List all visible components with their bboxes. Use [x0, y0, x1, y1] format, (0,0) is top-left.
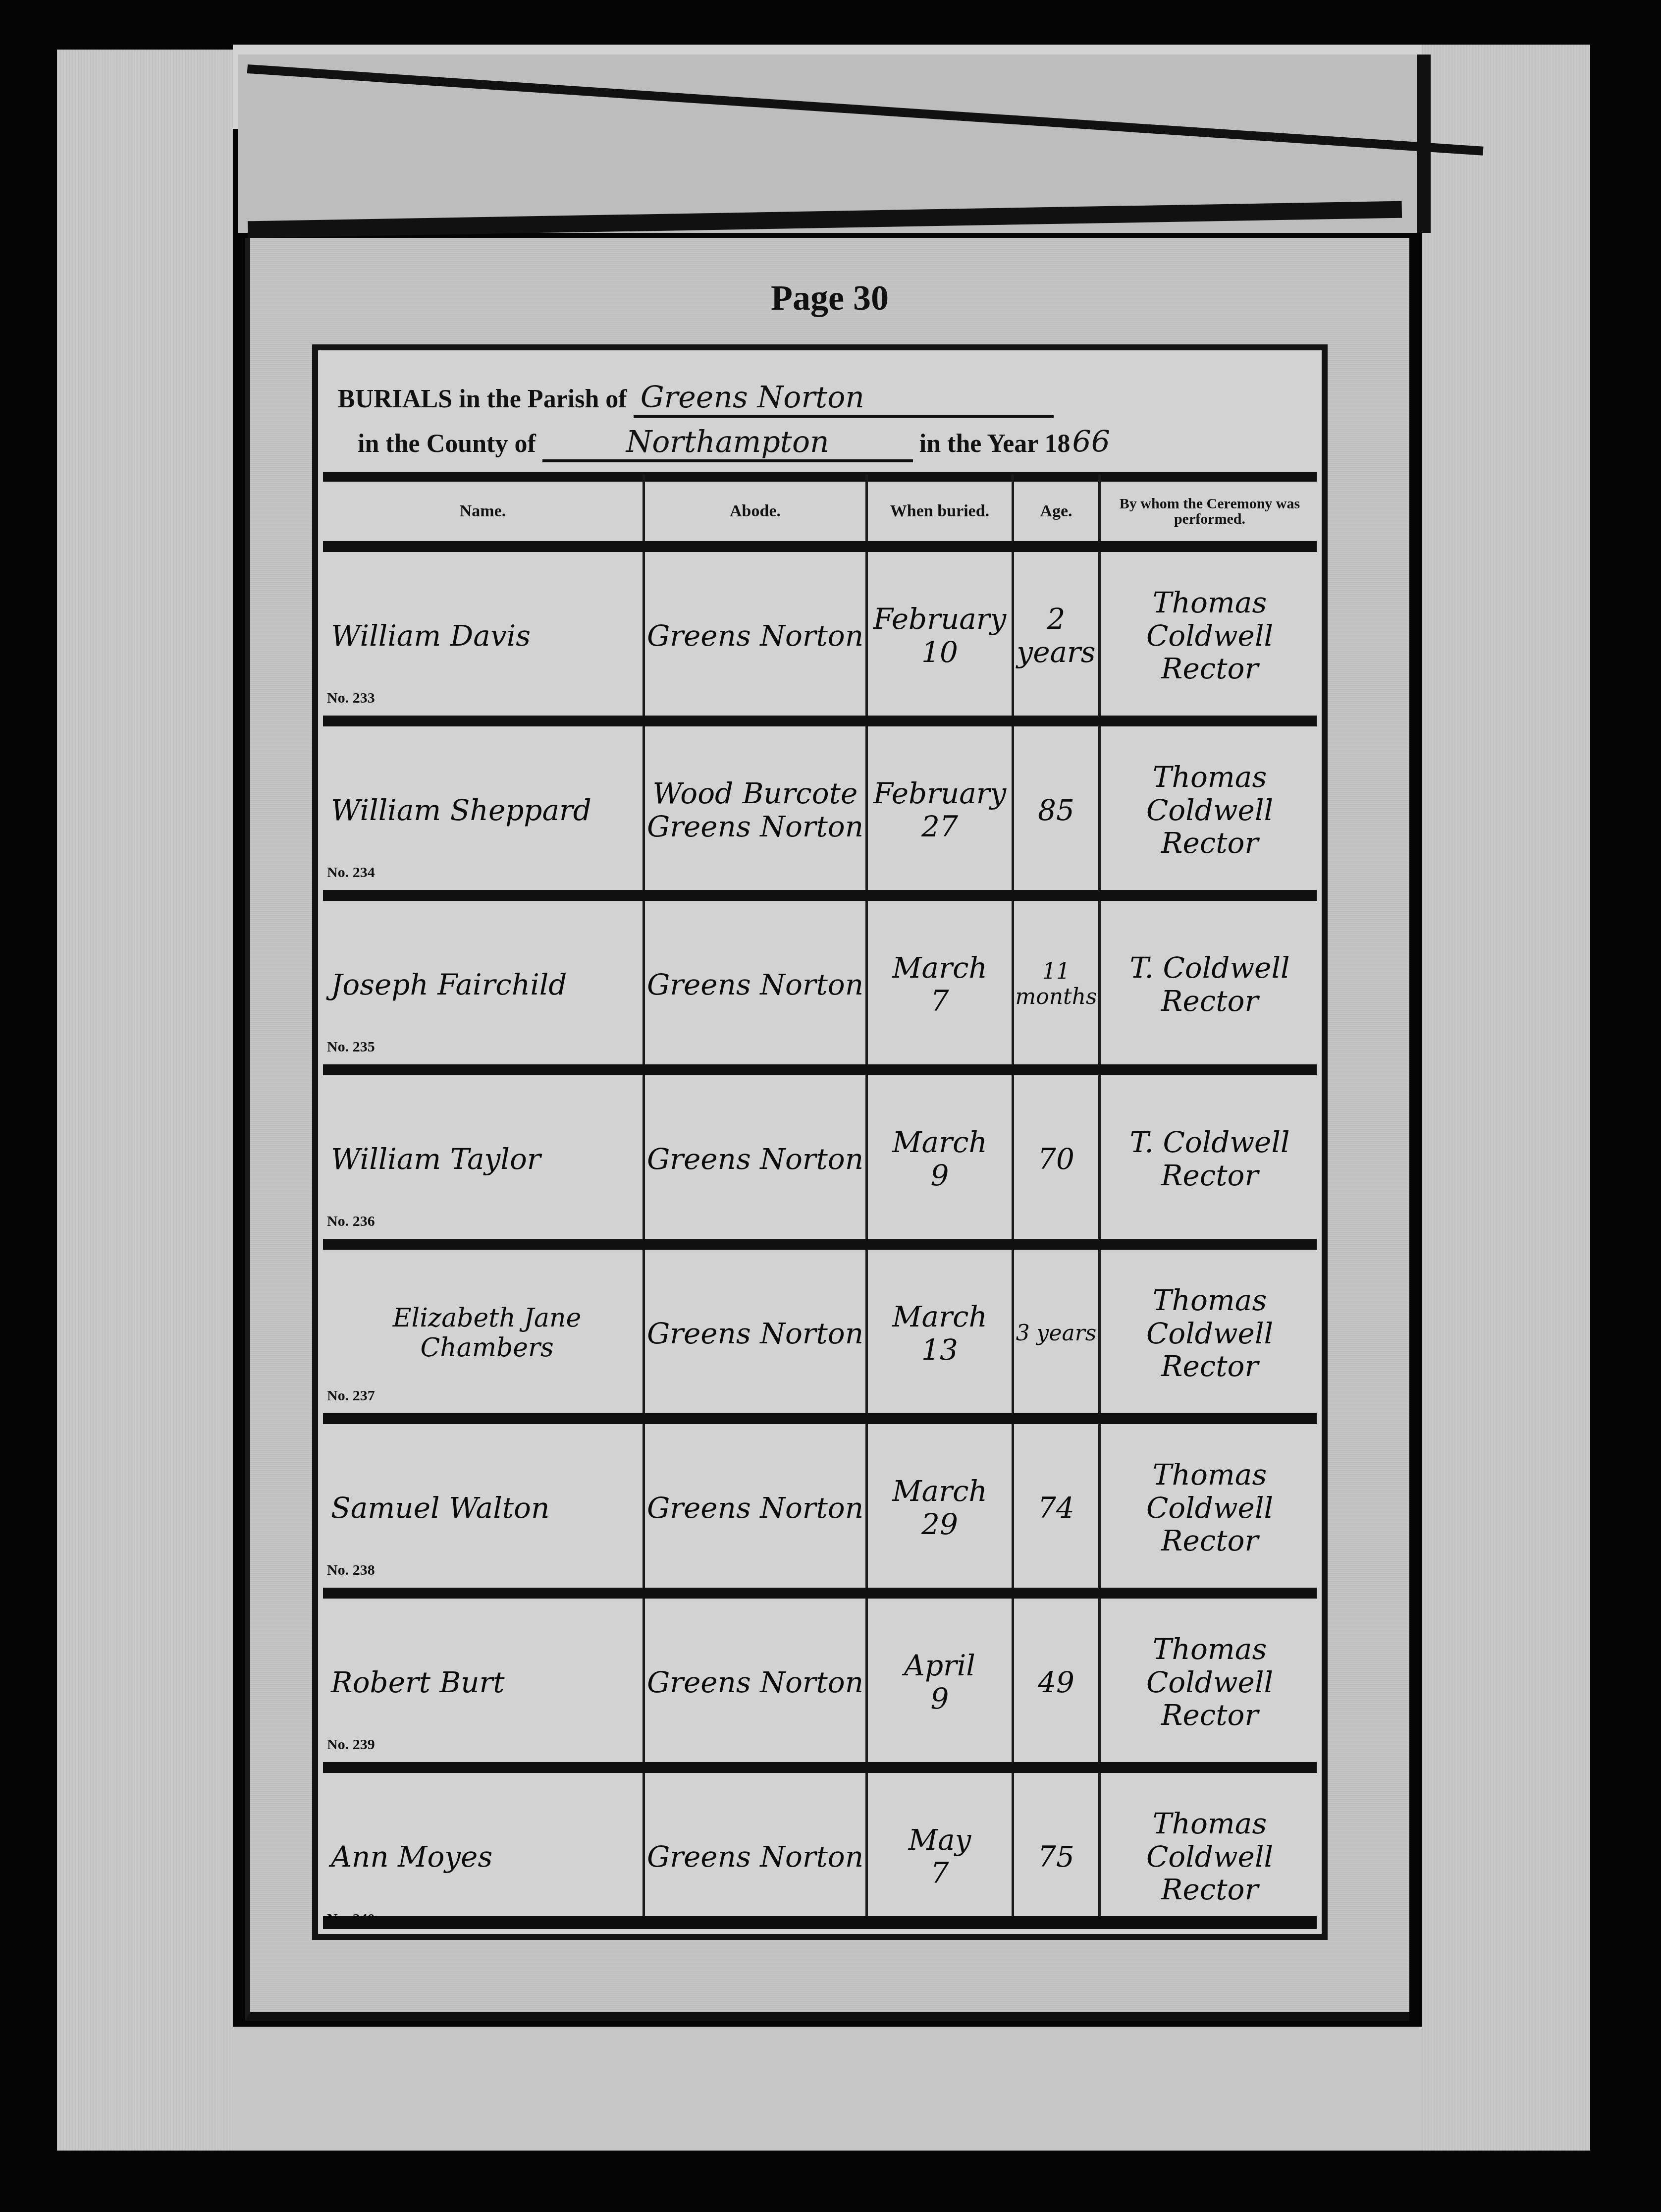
officiant-name: Thomas Coldwell	[1101, 1633, 1319, 1699]
burial-month: May	[909, 1824, 971, 1857]
officiant-cell: Thomas ColdwellRector	[1101, 1607, 1319, 1757]
table-row: William Sheppard Wood BurcoteGreens Nort…	[323, 716, 1317, 890]
table-row: Robert Burt Greens Norton April9 49 Thom…	[323, 1588, 1317, 1762]
column-header-officiant: By whom the Ceremony was performed.	[1101, 484, 1319, 539]
abode-line-1: Wood Burcote	[653, 777, 858, 810]
burial-day: 10	[921, 636, 958, 669]
entry-number: No. 237	[327, 1387, 375, 1404]
shadow-bar	[248, 201, 1402, 238]
name-cell: Robert Burt	[323, 1607, 643, 1757]
when-buried-cell: March9	[868, 1084, 1012, 1234]
officiant-cell: Thomas ColdwellRector	[1101, 1782, 1319, 1932]
age-cell: 70	[1014, 1084, 1098, 1234]
when-buried-cell: April9	[868, 1607, 1012, 1757]
name-cell: William Taylor	[323, 1084, 643, 1234]
right-margin-strip	[1422, 45, 1590, 2151]
name-cell: Ann Moyes	[323, 1782, 643, 1932]
county-value: Northampton	[542, 425, 913, 462]
column-header-when-buried: When buried.	[868, 484, 1012, 539]
officiant-title: Rector	[1161, 827, 1258, 860]
row-rule	[323, 1413, 1317, 1424]
shadow-line	[247, 64, 1484, 156]
bottom-margin-strip	[233, 2027, 1422, 2151]
table-row: Joseph Fairchild Greens Norton March7 11…	[323, 890, 1317, 1064]
county-line: in the County of Northampton in the Year…	[358, 425, 1307, 462]
officiant-name: Thomas Coldwell	[1101, 1284, 1319, 1350]
table-row: Ann Moyes Greens Norton May7 75 Thomas C…	[323, 1762, 1317, 1936]
burial-day: 27	[921, 810, 958, 843]
abode-cell: Greens Norton	[645, 910, 865, 1059]
county-prefix: in the County of	[358, 430, 536, 458]
officiant-title: Rector	[1161, 1159, 1258, 1192]
parish-line: BURIALS in the Parish of Greens Norton	[338, 380, 1307, 418]
officiant-cell: Thomas ColdwellRector	[1101, 735, 1319, 885]
row-rule	[323, 1064, 1317, 1075]
burial-month: March	[892, 1475, 987, 1508]
page-number: Page 30	[250, 277, 1409, 319]
burial-month: March	[892, 1300, 987, 1333]
when-buried-cell: March29	[868, 1433, 1012, 1583]
burial-month: February	[873, 777, 1007, 810]
entry-number: No. 239	[327, 1736, 375, 1753]
officiant-title: Rector	[1161, 1699, 1258, 1732]
when-buried-cell: March7	[868, 910, 1012, 1059]
burial-table: Name. Abode. When buried. Age. By whom t…	[323, 474, 1317, 1929]
age-cell: 49	[1014, 1607, 1098, 1757]
officiant-name: T. Coldwell	[1129, 951, 1289, 985]
abode-cell: Greens Norton	[645, 1782, 865, 1932]
age-cell: 75	[1014, 1782, 1098, 1932]
abode-cell: Greens Norton	[645, 1084, 865, 1234]
when-buried-cell: March13	[868, 1259, 1012, 1408]
abode-cell: Wood BurcoteGreens Norton	[645, 735, 865, 885]
officiant-cell: T. ColdwellRector	[1101, 910, 1319, 1059]
year-value: 66	[1070, 425, 1112, 459]
row-rule	[323, 1762, 1317, 1773]
burial-month: February	[873, 603, 1007, 636]
burial-month: April	[904, 1649, 975, 1682]
age-cell: 74	[1014, 1433, 1098, 1583]
burial-register-form: BURIALS in the Parish of Greens Norton i…	[312, 344, 1328, 1940]
name-cell: Elizabeth Jane Chambers	[323, 1259, 643, 1408]
officiant-cell: Thomas ColdwellRector	[1101, 1259, 1319, 1408]
burial-day: 7	[931, 985, 949, 1018]
entry-number: No. 236	[327, 1213, 375, 1230]
name-cell: William Sheppard	[323, 735, 643, 885]
officiant-title: Rector	[1161, 1524, 1258, 1557]
when-buried-cell: February10	[868, 561, 1012, 711]
officiant-title: Rector	[1161, 652, 1258, 685]
column-header-age: Age.	[1014, 484, 1098, 539]
officiant-name: Thomas Coldwell	[1101, 1458, 1319, 1524]
entry-number: No. 234	[327, 864, 375, 881]
entry-number: No. 233	[327, 690, 375, 707]
entry-number: No. 238	[327, 1562, 375, 1579]
when-buried-cell: May7	[868, 1782, 1012, 1932]
burial-day: 29	[921, 1508, 958, 1541]
name-cell: Samuel Walton	[323, 1433, 643, 1583]
officiant-cell: Thomas ColdwellRector	[1101, 1433, 1319, 1583]
abode-cell: Greens Norton	[645, 1607, 865, 1757]
officiant-name: T. Coldwell	[1129, 1126, 1289, 1159]
burial-month: March	[892, 1126, 987, 1159]
column-header-name: Name.	[323, 484, 643, 539]
book-edge	[238, 55, 1431, 233]
when-buried-cell: February27	[868, 735, 1012, 885]
name-cell: William Davis	[323, 561, 643, 711]
table-row: Samuel Walton Greens Norton March29 74 T…	[323, 1413, 1317, 1588]
burial-day: 7	[931, 1857, 949, 1890]
name-cell: Joseph Fairchild	[323, 910, 643, 1059]
table-row: William Taylor Greens Norton March9 70 T…	[323, 1064, 1317, 1239]
officiant-name: Thomas Coldwell	[1101, 761, 1319, 827]
officiant-title: Rector	[1161, 1350, 1258, 1383]
row-rule	[323, 716, 1317, 726]
table-bottom-rule	[323, 1916, 1317, 1929]
age-cell: 2 years	[1014, 561, 1098, 711]
age-cell: 3 years	[1014, 1259, 1098, 1408]
row-rule	[323, 1239, 1317, 1250]
left-margin-strip	[57, 50, 233, 2151]
abode-cell: Greens Norton	[645, 1433, 865, 1583]
age-cell: 11 months	[1014, 910, 1098, 1059]
officiant-name: Thomas Coldwell	[1101, 586, 1319, 652]
burial-day: 9	[931, 1159, 949, 1192]
entry-number: No. 235	[327, 1039, 375, 1055]
register-page: Page 30 BURIALS in the Parish of Greens …	[245, 238, 1409, 2021]
burial-month: March	[892, 951, 987, 985]
officiant-name: Thomas Coldwell	[1101, 1807, 1319, 1873]
age-cell: 85	[1014, 735, 1098, 885]
table-row: Elizabeth Jane Chambers Greens Norton Ma…	[323, 1239, 1317, 1413]
parish-value: Greens Norton	[634, 380, 1054, 418]
officiant-title: Rector	[1161, 985, 1258, 1018]
row-rule	[323, 541, 1317, 552]
officiant-cell: T. ColdwellRector	[1101, 1084, 1319, 1234]
officiant-title: Rector	[1161, 1873, 1258, 1906]
row-rule	[323, 1588, 1317, 1599]
table-row: William Davis Greens Norton February10 2…	[323, 541, 1317, 716]
abode-cell: Greens Norton	[645, 1259, 865, 1408]
row-rule	[323, 890, 1317, 901]
officiant-cell: Thomas ColdwellRector	[1101, 561, 1319, 711]
year-prefix: in the Year 18	[919, 430, 1071, 458]
abode-cell: Greens Norton	[645, 561, 865, 711]
column-header-abode: Abode.	[645, 484, 865, 539]
burial-day: 13	[921, 1333, 958, 1367]
burial-day: 9	[931, 1682, 949, 1715]
abode-line-2: Greens Norton	[647, 810, 863, 843]
title-prefix: BURIALS in the Parish of	[338, 385, 627, 413]
